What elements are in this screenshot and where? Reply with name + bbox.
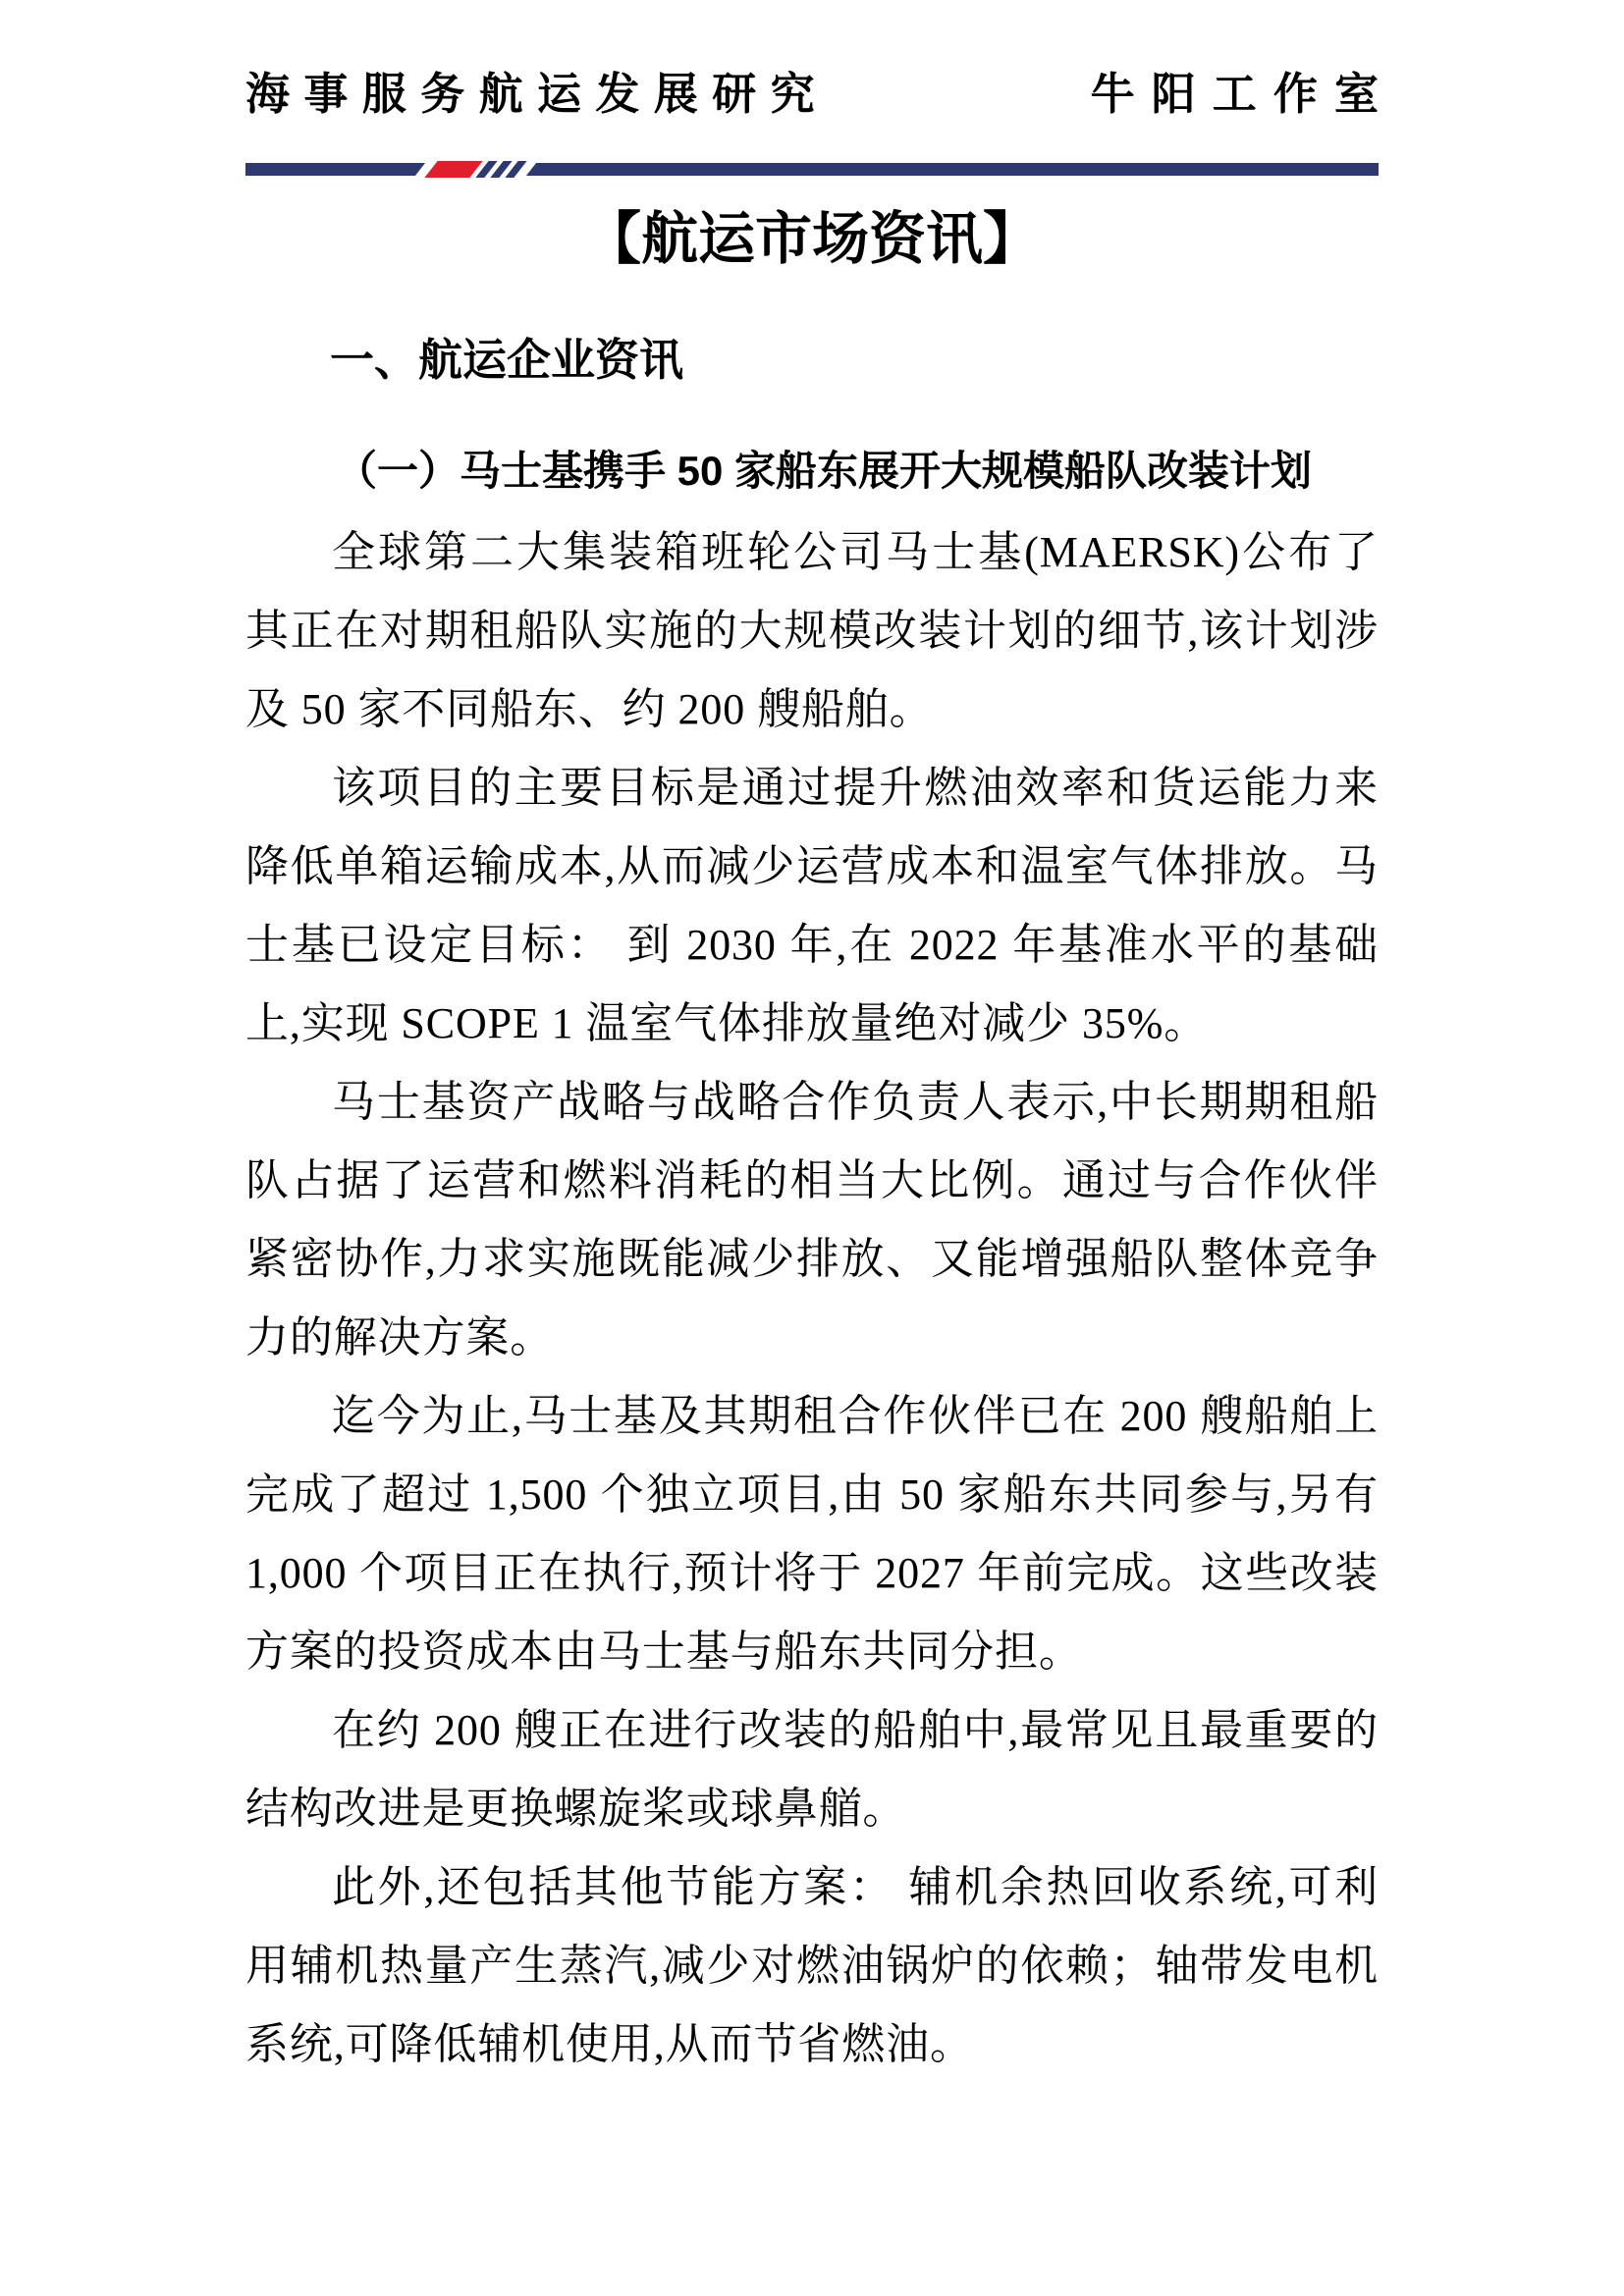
body-paragraph: 此外,还包括其他节能方案： 辅机余热回收系统,可利用辅机热量产生蒸汽,减少对燃油… [245, 1848, 1379, 2084]
header-rule [245, 163, 1379, 176]
header-left-title: 海事服务航运发展研究 [245, 69, 829, 120]
red-stripe [424, 161, 482, 178]
article-body: 全球第二大集装箱班轮公司马士基(MAERSK)公布了其正在对期租船队实施的大规模… [245, 513, 1379, 2084]
body-paragraph: 马士基资产战略与战略合作负责人表示,中长期期租船队占据了运营和燃料消耗的相当大比… [245, 1063, 1379, 1377]
body-paragraph: 全球第二大集装箱班轮公司马士基(MAERSK)公布了其正在对期租船队实施的大规模… [245, 513, 1379, 749]
body-paragraph: 在约 200 艘正在进行改装的船舶中,最常见且最重要的结构改进是更换螺旋桨或球鼻… [245, 1691, 1379, 1848]
body-paragraph: 迄今为止,马士基及其期租合作伙伴已在 200 艘船舶上完成了超过 1,500 个… [245, 1377, 1379, 1691]
body-paragraph: 该项目的主要目标是通过提升燃油效率和货运能力来降低单箱运输成本,从而减少运营成本… [245, 749, 1379, 1063]
header-rule-decoration [413, 161, 537, 178]
running-header: 海事服务航运发展研究 牛阳工作室 [245, 69, 1379, 120]
document-page: 海事服务航运发展研究 牛阳工作室 【航运市场资讯】 一、航运企业资讯 （一）马士… [0, 0, 1624, 2296]
page-title: 【航运市场资讯】 [245, 207, 1379, 272]
article-heading: （一）马士基携手 50 家船东展开大规模船队改装计划 [245, 447, 1379, 496]
header-right-title: 牛阳工作室 [1091, 69, 1396, 120]
section-heading: 一、航运企业资讯 [245, 335, 1379, 386]
